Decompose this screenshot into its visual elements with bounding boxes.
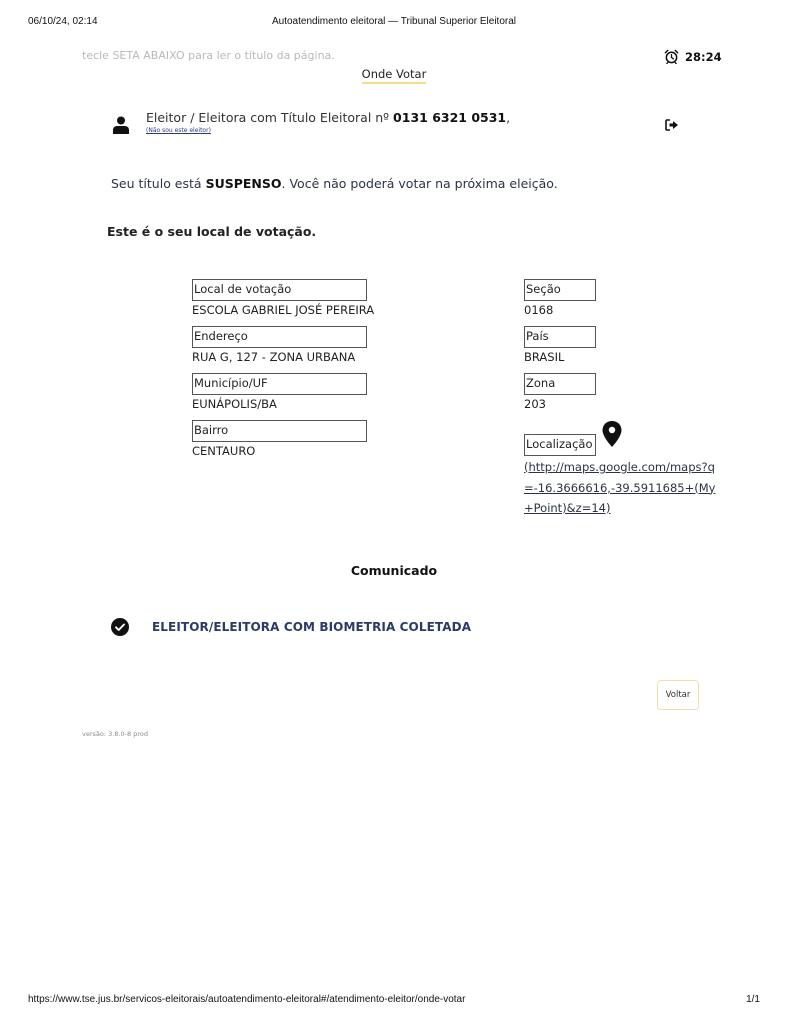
status-prefix: Seu título está — [111, 176, 206, 191]
field-value: CENTAURO — [192, 442, 374, 466]
back-button[interactable]: Voltar — [657, 680, 699, 710]
sign-out-icon[interactable] — [665, 119, 679, 131]
field-value: ESCOLA GABRIEL JOSÉ PEREIRA — [192, 301, 374, 325]
timer-value: 28:24 — [685, 50, 722, 64]
user-icon — [113, 116, 129, 134]
accessibility-hint: tecle SETA ABAIXO para ler o título da p… — [82, 49, 335, 62]
field-bairro: Bairro CENTAURO — [192, 419, 374, 466]
voter-suffix: , — [506, 110, 510, 125]
version-label: versão: 3.8.0-8 prod — [82, 730, 148, 738]
print-page-count: 1/1 — [746, 994, 760, 1005]
field-value: EUNÁPOLIS/BA — [192, 395, 374, 419]
map-marker-icon[interactable] — [601, 420, 623, 448]
field-localizacao: Localização (http://maps.google.com/maps… — [524, 419, 724, 519]
polling-place-right-column: Seção 0168 País BRASIL Zona 203 Localiza… — [524, 278, 724, 519]
status-badge: SUSPENSO — [206, 176, 282, 191]
page-title: Onde Votar — [362, 67, 427, 84]
field-label: Seção — [524, 279, 596, 301]
session-timer: 28:24 — [664, 49, 722, 64]
field-value: 203 — [524, 395, 724, 419]
voter-title-text: Eleitor / Eleitora com Título Eleitoral … — [146, 110, 510, 125]
field-label: Local de votação — [192, 279, 367, 301]
field-label: Zona — [524, 373, 596, 395]
voter-title-number: 0131 6321 0531 — [393, 110, 506, 125]
field-value: 0168 — [524, 301, 724, 325]
biometry-notice: ELEITOR/ELEITORA COM BIOMETRIA COLETADA — [111, 618, 471, 636]
field-endereco: Endereço RUA G, 127 - ZONA URBANA — [192, 325, 374, 372]
field-local-votacao: Local de votação ESCOLA GABRIEL JOSÉ PER… — [192, 278, 374, 325]
field-pais: País BRASIL — [524, 325, 724, 372]
field-label: País — [524, 326, 596, 348]
field-label: Endereço — [192, 326, 367, 348]
print-url: https://www.tse.jus.br/servicos-eleitora… — [28, 994, 465, 1005]
polling-place-left-column: Local de votação ESCOLA GABRIEL JOSÉ PER… — [192, 278, 374, 466]
field-zona: Zona 203 — [524, 372, 724, 419]
field-label: Localização — [524, 434, 596, 456]
alarm-clock-icon — [664, 49, 679, 64]
not-me-link[interactable]: (Não sou este eleitor) — [146, 127, 211, 134]
page-title-wrap: Onde Votar — [0, 63, 788, 82]
field-value: RUA G, 127 - ZONA URBANA — [192, 348, 374, 372]
status-suffix: . Você não poderá votar na próxima eleiç… — [282, 176, 558, 191]
field-secao: Seção 0168 — [524, 278, 724, 325]
comunicado-heading: Comunicado — [0, 563, 788, 578]
field-municipio-uf: Município/UF EUNÁPOLIS/BA — [192, 372, 374, 419]
print-document-title: Autoatendimento eleitoral — Tribunal Sup… — [0, 16, 788, 27]
section-heading: Este é o seu local de votação. — [107, 224, 316, 239]
voter-prefix: Eleitor / Eleitora com Título Eleitoral … — [146, 110, 393, 125]
field-value: BRASIL — [524, 348, 724, 372]
field-label: Bairro — [192, 420, 367, 442]
google-maps-link[interactable]: (http://maps.google.com/maps?q=-16.36666… — [524, 457, 724, 519]
title-status: Seu título está SUSPENSO. Você não poder… — [111, 176, 558, 191]
check-circle-icon — [111, 618, 129, 636]
biometry-message: ELEITOR/ELEITORA COM BIOMETRIA COLETADA — [152, 620, 471, 634]
field-label: Município/UF — [192, 373, 367, 395]
